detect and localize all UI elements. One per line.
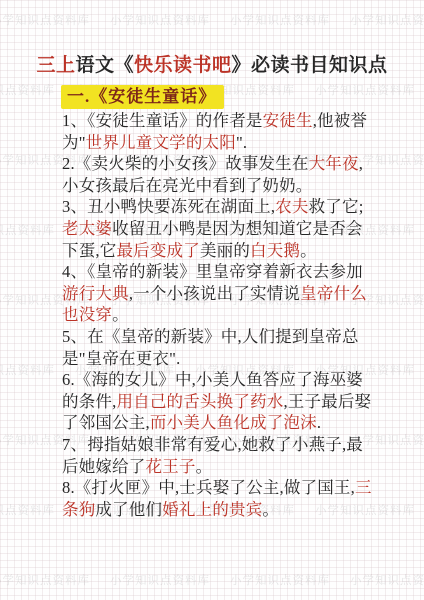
keyword-highlight: 最后变成了 — [116, 241, 200, 260]
watermark: 小学知识点资料库 — [110, 12, 210, 28]
text-segment: 5、在《皇帝的新装》中,人们提到皇帝总是"皇帝在更衣". — [62, 327, 359, 368]
worksheet-page: 小学知识点资料库小学知识点资料库小学知识点资料库小学知识点资料库小学知识点资料库… — [0, 0, 424, 600]
watermark: 小学知识点资料库 — [0, 362, 55, 378]
keyword-highlight: 婚礼上的贵宾 — [162, 500, 262, 519]
keyword-highlight: 用自己的舌头换了药水 — [116, 392, 283, 411]
list-item: 3、丑小鸭快要冻死在湖面上,农夫救了它;老太婆收留丑小鸭是因为想知道它是否会下蛋… — [62, 196, 372, 261]
knowledge-points-list: 1、《安徒生童话》的作者是安徒生,他被誉为"世界儿童文学的太阳".2.《卖火柴的… — [62, 110, 372, 520]
text-segment: 成了他们 — [95, 500, 162, 519]
keyword-highlight: 白天鹅 — [250, 241, 300, 260]
keyword-highlight: 而小美人鱼化成了泡沫 — [150, 413, 317, 432]
section-heading: 一.《安徒生童话》 — [61, 85, 224, 109]
watermark: 小学知识点资料库 — [230, 572, 330, 588]
text-segment: 4、《皇帝的新装》里皇帝穿着新衣去参加 — [62, 262, 363, 281]
watermark: 小学知识点资料库 — [350, 12, 424, 28]
text-segment: 。 — [262, 500, 279, 519]
text-segment: 3、丑小鸭快要冻死在湖面上, — [62, 197, 275, 216]
list-item: 1、《安徒生童话》的作者是安徒生,他被誉为"世界儿童文学的太阳". — [62, 110, 372, 153]
keyword-highlight: 农夫 — [275, 197, 308, 216]
list-item: 5、在《皇帝的新装》中,人们提到皇帝总是"皇帝在更衣". — [62, 326, 372, 369]
text-segment: ,一个小孩说出了实情说 — [129, 284, 300, 303]
text-segment: . — [317, 413, 321, 432]
watermark: 小学知识点资料库 — [315, 82, 415, 98]
text-segment: 8.《打火匣》中,士兵娶了公主,做了国王, — [62, 478, 355, 497]
keyword-highlight: 花王子 — [146, 457, 196, 476]
watermark: 小学知识点资料库 — [350, 572, 424, 588]
watermark: 小学知识点资料库 — [230, 12, 330, 28]
text-segment: 1、《安徒生童话》的作者是 — [62, 111, 263, 130]
keyword-highlight: 安徒生 — [263, 111, 313, 130]
keyword-highlight: 快乐读书吧 — [134, 55, 232, 76]
text-segment: 救了它; — [309, 197, 364, 216]
text-segment: 。 — [112, 305, 129, 324]
keyword-highlight: 三上 — [36, 55, 75, 76]
text-segment: 7、拇指姑娘非常有爱心,她救了小燕子,最后她嫁给了 — [62, 435, 363, 476]
keyword-highlight: 世界儿童文学的太阳 — [86, 133, 236, 152]
text-segment: 。 — [300, 241, 317, 260]
watermark: 小学知识点资料库 — [0, 572, 90, 588]
list-item: 2.《卖火柴的小女孩》故事发生在大年夜,小女孩最后在亮光中看到了奶奶。 — [62, 153, 372, 196]
list-item: 8.《打火匣》中,士兵娶了公主,做了国王,三条狗成了他们婚礼上的贵宾。 — [62, 477, 372, 520]
list-item: 6.《海的女儿》中,小美人鱼答应了海巫婆的条件,用自己的舌头换了药水,王子最后娶… — [62, 369, 372, 434]
text-segment: 。 — [196, 457, 213, 476]
text-segment: 2.《卖火柴的小女孩》故事发生在 — [62, 154, 309, 173]
watermark: 小学知识点资料库 — [0, 12, 90, 28]
page-title: 三上语文《快乐读书吧》必读书目知识点 — [0, 54, 424, 78]
list-item: 7、拇指姑娘非常有爱心,她救了小燕子,最后她嫁给了花王子。 — [62, 434, 372, 477]
text-segment: 美丽的 — [200, 241, 250, 260]
watermark: 小学知识点资料库 — [0, 502, 55, 518]
keyword-highlight: 老太婆 — [62, 219, 112, 238]
text-segment: 》必读书目知识点 — [232, 55, 388, 76]
watermark: 小学知识点资料库 — [0, 82, 55, 98]
keyword-highlight: 游行大典 — [62, 284, 129, 303]
watermark: 小学知识点资料库 — [0, 222, 55, 238]
text-segment: 语文《 — [75, 55, 134, 76]
watermark: 小学知识点资料库 — [110, 572, 210, 588]
list-item: 4、《皇帝的新装》里皇帝穿着新衣去参加游行大典,一个小孩说出了实情说皇帝什么也没… — [62, 261, 372, 326]
text-segment: ". — [236, 133, 247, 152]
keyword-highlight: 大年夜 — [309, 154, 359, 173]
